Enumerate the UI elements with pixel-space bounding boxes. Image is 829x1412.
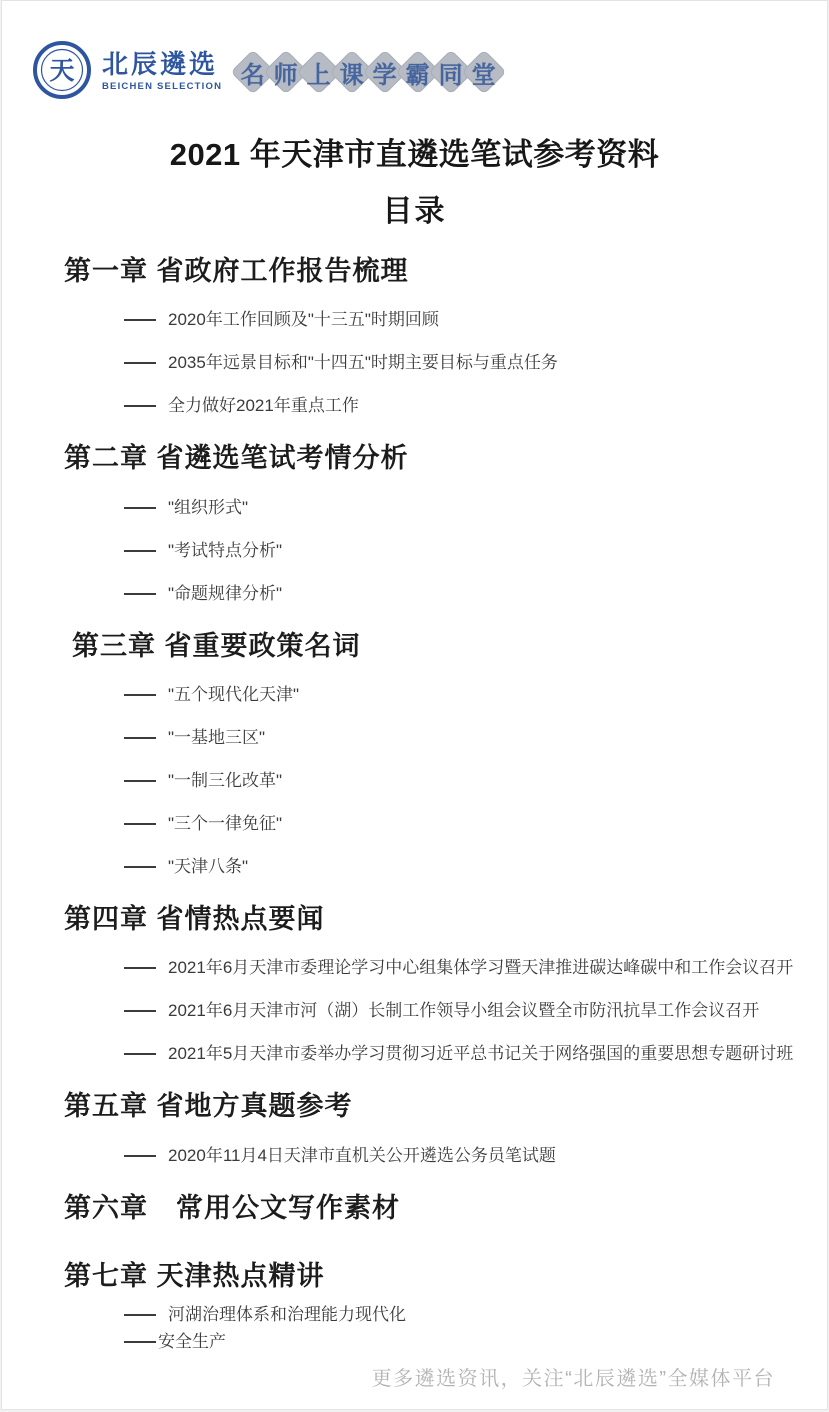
chapter-7: 第七章 天津热点精讲河湖治理体系和治理能力现代化安全生产 [2, 1262, 827, 1350]
slogan-character: 霸 [406, 55, 430, 90]
dash-line-icon [124, 319, 156, 321]
slogan-badge: 学 [368, 46, 401, 98]
chapter-6: 第六章 常用公文写作素材 [2, 1194, 827, 1222]
toc-item-label: "组织形式" [168, 498, 248, 517]
toc-item-label: "三个一律免征" [168, 814, 282, 833]
chapter-heading: 第二章 省遴选笔试考情分析 [64, 444, 827, 472]
toc-item: "五个现代化天津" [124, 686, 827, 703]
document-page: 天 北辰遴选 BEICHEN SELECTION 名师上课学霸同堂 2021 年… [1, 0, 828, 1410]
slogan-character: 堂 [472, 55, 496, 90]
slogan-character: 学 [373, 55, 397, 90]
chapter-3: 第三章 省重要政策名词"五个现代化天津""一基地三区""一制三化改革""三个一律… [2, 632, 827, 875]
chapter-heading: 第五章 省地方真题参考 [64, 1092, 827, 1120]
toc-item-label: "天津八条" [168, 857, 248, 876]
slogan-character: 师 [274, 55, 298, 90]
slogan-badge: 上 [302, 46, 335, 98]
toc-item: 安全生产 [124, 1333, 827, 1350]
dash-line-icon [124, 823, 156, 825]
dash-line-icon [124, 593, 156, 595]
toc-item: 2035年远景目标和"十四五"时期主要目标与重点任务 [124, 354, 827, 371]
toc-item: "三个一律免征" [124, 815, 827, 832]
toc-item-label: 安全生产 [158, 1332, 226, 1351]
toc-title: 目录 [2, 196, 827, 228]
toc-item: 2020年工作回顾及"十三五"时期回顾 [124, 311, 827, 328]
seal-character: 天 [49, 57, 74, 85]
toc-item-label: "命题规律分析" [168, 584, 282, 603]
toc-item: 2021年5月天津市委举办学习贯彻习近平总书记关于网络强国的重要思想专题研讨班 [124, 1045, 827, 1062]
slogan-character: 课 [340, 55, 364, 90]
dash-line-icon [124, 780, 156, 782]
toc-item: "一基地三区" [124, 729, 827, 746]
slogan-badges: 名师上课学霸同堂 [236, 46, 500, 98]
toc-item-label: "考试特点分析" [168, 541, 282, 560]
toc-item: "天津八条" [124, 858, 827, 875]
toc-item: 2020年11月4日天津市直机关公开遴选公务员笔试题 [124, 1147, 827, 1164]
toc-item-label: 全力做好2021年重点工作 [168, 396, 359, 415]
brand-name-cn: 北辰遴选 [102, 52, 222, 78]
dash-line-icon [124, 1341, 156, 1343]
chapter-heading: 第四章 省情热点要闻 [64, 905, 827, 933]
chapter-2: 第二章 省遴选笔试考情分析"组织形式""考试特点分析""命题规律分析" [2, 444, 827, 601]
toc-item: "命题规律分析" [124, 585, 827, 602]
toc-item: "组织形式" [124, 499, 827, 516]
toc-item: 河湖治理体系和治理能力现代化 [124, 1306, 827, 1323]
toc-item-label: 2020年工作回顾及"十三五"时期回顾 [168, 310, 439, 329]
toc-item-label: 2020年11月4日天津市直机关公开遴选公务员笔试题 [168, 1146, 556, 1165]
dash-line-icon [124, 362, 156, 364]
dash-line-icon [124, 737, 156, 739]
slogan-character: 上 [307, 55, 331, 90]
slogan-badge: 名 [236, 46, 269, 98]
brand-block: 北辰遴选 BEICHEN SELECTION [102, 52, 222, 92]
slogan-badge: 师 [269, 46, 302, 98]
toc-item-label: "一基地三区" [168, 728, 265, 747]
toc-item-label: "一制三化改革" [168, 771, 282, 790]
slogan-character: 同 [439, 55, 463, 90]
toc-item-label: 河湖治理体系和治理能力现代化 [168, 1305, 406, 1324]
toc-item-label: 2021年5月天津市委举办学习贯彻习近平总书记关于网络强国的重要思想专题研讨班 [168, 1044, 793, 1063]
toc-item: "一制三化改革" [124, 772, 827, 789]
chapter-heading: 第七章 天津热点精讲 [64, 1262, 827, 1290]
toc-item: 全力做好2021年重点工作 [124, 397, 827, 414]
toc-chapters: 第一章 省政府工作报告梳理2020年工作回顾及"十三五"时期回顾2035年远景目… [2, 257, 827, 1350]
chapter-heading: 第三章 省重要政策名词 [72, 632, 827, 660]
toc-item-label: "五个现代化天津" [168, 685, 299, 704]
chapter-1: 第一章 省政府工作报告梳理2020年工作回顾及"十三五"时期回顾2035年远景目… [2, 257, 827, 414]
footer-note: 更多遴选资讯，关注“北辰遴选”全媒体平台 [372, 1362, 775, 1391]
slogan-badge: 霸 [401, 46, 434, 98]
dash-line-icon [124, 550, 156, 552]
dash-line-icon [124, 1053, 156, 1055]
slogan-character: 名 [241, 55, 265, 90]
header: 天 北辰遴选 BEICHEN SELECTION 名师上课学霸同堂 [2, 1, 827, 103]
toc-item: 2021年6月天津市委理论学习中心组集体学习暨天津推进碳达峰碳中和工作会议召开 [124, 959, 827, 976]
toc-item: 2021年6月天津市河（湖）长制工作领导小组会议暨全市防汛抗旱工作会议召开 [124, 1002, 827, 1019]
dash-line-icon [124, 405, 156, 407]
dash-line-icon [124, 967, 156, 969]
dash-line-icon [124, 507, 156, 509]
beichen-seal-icon: 天 [32, 40, 92, 105]
slogan-badge: 堂 [467, 46, 500, 98]
dash-line-icon [124, 1010, 156, 1012]
slogan-badge: 课 [335, 46, 368, 98]
toc-item-label: 2021年6月天津市河（湖）长制工作领导小组会议暨全市防汛抗旱工作会议召开 [168, 1001, 759, 1020]
page-title: 2021 年天津市直遴选笔试参考资料 [2, 139, 827, 172]
dash-line-icon [124, 866, 156, 868]
brand-name-en: BEICHEN SELECTION [102, 82, 222, 92]
toc-item-label: 2021年6月天津市委理论学习中心组集体学习暨天津推进碳达峰碳中和工作会议召开 [168, 958, 793, 977]
dash-line-icon [124, 694, 156, 696]
chapter-heading: 第一章 省政府工作报告梳理 [64, 257, 827, 285]
chapter-5: 第五章 省地方真题参考2020年11月4日天津市直机关公开遴选公务员笔试题 [2, 1092, 827, 1163]
chapter-heading: 第六章 常用公文写作素材 [64, 1194, 827, 1222]
toc-item-label: 2035年远景目标和"十四五"时期主要目标与重点任务 [168, 353, 558, 372]
dash-line-icon [124, 1314, 156, 1316]
chapter-4: 第四章 省情热点要闻2021年6月天津市委理论学习中心组集体学习暨天津推进碳达峰… [2, 905, 827, 1062]
slogan-badge: 同 [434, 46, 467, 98]
toc-item: "考试特点分析" [124, 542, 827, 559]
dash-line-icon [124, 1155, 156, 1157]
